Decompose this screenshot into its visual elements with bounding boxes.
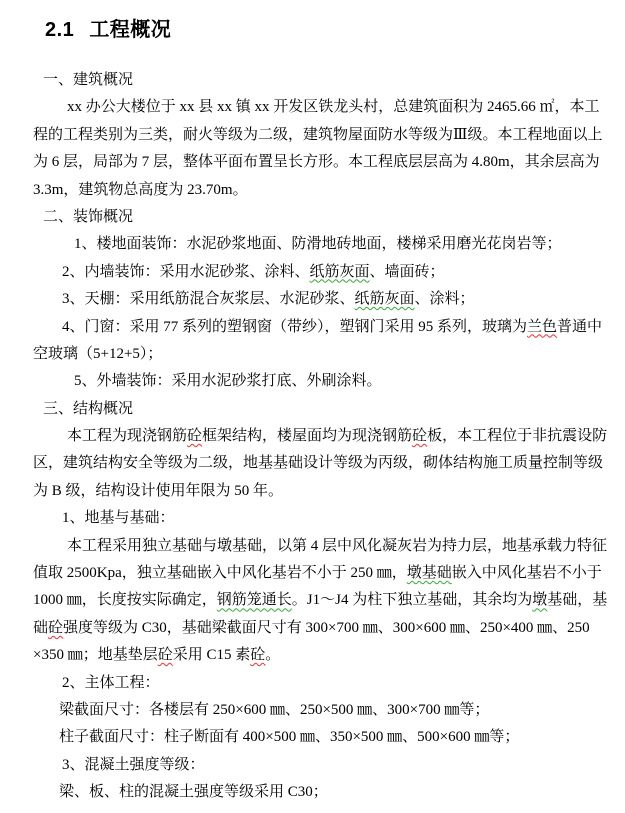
text-segment: 础 [33,620,48,636]
page-title: 2.1工程概况 [45,16,625,44]
text-segment: 一、建筑概况 [43,72,133,88]
text-segment: 。J1～J4 为柱下独立基础，其余均为 [292,592,532,608]
text-line: 程的工程类别为三类，耐火等级为二级，建筑物屋面防水等级为Ⅲ级。本工程地面以上 [33,122,597,149]
text-line: 一、建筑概况 [33,67,597,94]
text-segment: 三、结构概况 [43,401,133,417]
text-segment: 本工程为现浇钢筋 [67,428,187,444]
text-segment: 嵌入中风化基岩不小于 [452,565,602,581]
text-line: 值取 2500Kpa，独立基础嵌入中风化基岩不小于 250 ㎜，墩基础嵌入中风化… [33,560,597,587]
text-segment: 梁、板、柱的混凝土强度等级采用 C30； [59,784,328,800]
misspelled-word: 砼 [187,428,202,444]
text-segment: 5、外墙装饰：采用水泥砂浆打底、外刷涂料。 [74,373,382,389]
text-line: 4、门窗：采用 77 系列的塑钢窗（带纱），塑钢门采用 95 系列，玻璃为兰色普… [33,314,597,341]
text-segment: 板，本工程位于非抗震设防 [427,428,607,444]
misspelled-word: 砼 [250,647,265,663]
text-line: 5、外墙装饰：采用水泥砂浆打底、外刷涂料。 [33,368,597,395]
text-line: 1000 ㎜，长度按实际确定，钢筋笼通长。J1～J4 为柱下独立基础，其余均为墩… [33,587,597,614]
text-segment: 3、混凝土强度等级： [62,757,205,773]
grammar-flagged-word: 纸筋灰面 [355,291,415,307]
text-segment: 空玻璃（5+12+5）； [33,346,162,362]
text-segment: 柱子截面尺寸：柱子断面有 400×500 ㎜、350×500 ㎜、500×600… [59,729,519,745]
text-line: 3.3m，建筑物总高度为 23.70m。 [33,177,597,204]
document-body: 一、建筑概况xx 办公大楼位于 xx 县 xx 镇 xx 开发区铁龙头村，总建筑… [33,67,597,807]
text-segment: 程的工程类别为三类，耐火等级为二级，建筑物屋面防水等级为Ⅲ级。本工程地面以上 [33,127,602,143]
text-segment: 采用 C15 素 [173,647,251,663]
text-segment: 为 6 层，局部为 7 层，整体平面布置呈长方形。本工程底层层高为 4.80m，… [33,154,600,170]
text-segment: 、墙面砖； [370,264,445,280]
text-segment: ×350 ㎜；地基垫层 [33,647,158,663]
grammar-flagged-word: 墩 [532,592,547,608]
text-segment: 4、门窗：采用 77 系列的塑钢窗（带纱），塑钢门采用 95 系列，玻璃为 [62,319,527,335]
text-segment: 区，建筑结构安全等级为二级，地基基础设计等级为丙级，砌体结构施工质量控制等级 [33,455,603,471]
text-line: 二、装饰概况 [33,204,597,231]
document-page: 2.1工程概况 一、建筑概况xx 办公大楼位于 xx 县 xx 镇 xx 开发区… [0,0,625,813]
text-segment: 本工程采用独立基础与墩基础，以第 4 层中风化凝灰岩为持力层，地基承载力特征 [67,538,607,554]
misspelled-word: 兰色 [527,319,557,335]
text-segment: 2、主体工程： [62,675,160,691]
text-segment: 1、楼地面装饰：水泥砂浆地面、防滑地砖地面，楼梯采用磨光花岗岩等； [74,236,562,252]
text-segment: xx 办公大楼位于 xx 县 xx 镇 xx 开发区铁龙头村，总建筑面积为 24… [67,99,600,115]
text-segment: 1000 ㎜，长度按实际确定， [33,592,217,608]
text-line: 三、结构概况 [33,396,597,423]
text-line: ×350 ㎜；地基垫层砼采用 C15 素砼。 [33,642,597,669]
text-segment: 。 [265,647,280,663]
grammar-flagged-word: 钢筋笼通长 [217,592,292,608]
text-line: 空玻璃（5+12+5）； [33,341,597,368]
text-line: 梁截面尺寸：各楼层有 250×600 ㎜、250×500 ㎜、300×700 ㎜… [33,697,597,724]
text-segment: 、涂料； [415,291,475,307]
heading-text: 工程概况 [89,19,171,41]
text-segment: 2、内墙装饰：采用水泥砂浆、涂料、 [62,264,310,280]
text-line: 为 B 级，结构设计使用年限为 50 年。 [33,478,597,505]
text-line: 柱子截面尺寸：柱子断面有 400×500 ㎜、350×500 ㎜、500×600… [33,724,597,751]
text-line: 1、楼地面装饰：水泥砂浆地面、防滑地砖地面，楼梯采用磨光花岗岩等； [33,231,597,258]
text-line: 为 6 层，局部为 7 层，整体平面布置呈长方形。本工程底层层高为 4.80m，… [33,149,597,176]
text-line: 础砼强度等级为 C30，基础梁截面尺寸有 300×700 ㎜、300×600 ㎜… [33,615,597,642]
text-line: 2、主体工程： [33,670,597,697]
text-segment: 梁截面尺寸：各楼层有 250×600 ㎜、250×500 ㎜、300×700 ㎜… [59,702,489,718]
text-segment: 框架结构，楼屋面均为现浇钢筋 [202,428,412,444]
text-segment: 3.3m，建筑物总高度为 23.70m。 [33,182,248,198]
text-segment: 为 B 级，结构设计使用年限为 50 年。 [33,483,283,499]
text-segment: 普通中 [557,319,602,335]
text-segment: 二、装饰概况 [43,209,133,225]
text-line: 3、天棚：采用纸筋混合灰浆层、水泥砂浆、纸筋灰面、涂料； [33,286,597,313]
text-segment: 3、天棚：采用纸筋混合灰浆层、水泥砂浆、 [62,291,355,307]
text-segment: 基础，基 [547,592,607,608]
grammar-flagged-word: 墩基础 [407,565,452,581]
text-line: 3、混凝土强度等级： [33,752,597,779]
misspelled-word: 砼 [48,620,63,636]
text-line: 本工程采用独立基础与墩基础，以第 4 层中风化凝灰岩为持力层，地基承载力特征 [33,533,597,560]
grammar-flagged-word: 纸筋灰面 [310,264,370,280]
misspelled-word: 砼 [158,647,173,663]
text-line: xx 办公大楼位于 xx 县 xx 镇 xx 开发区铁龙头村，总建筑面积为 24… [33,94,597,121]
text-line: 梁、板、柱的混凝土强度等级采用 C30； [33,779,597,806]
text-line: 1、地基与基础： [33,505,597,532]
text-segment: 1、地基与基础： [62,510,175,526]
text-line: 2、内墙装饰：采用水泥砂浆、涂料、纸筋灰面、墙面砖； [33,259,597,286]
heading-number: 2.1 [45,19,74,41]
text-line: 本工程为现浇钢筋砼框架结构，楼屋面均为现浇钢筋砼板，本工程位于非抗震设防 [33,423,597,450]
text-segment: 值取 2500Kpa，独立基础嵌入中风化基岩不小于 250 ㎜， [33,565,407,581]
misspelled-word: 砼 [412,428,427,444]
text-line: 区，建筑结构安全等级为二级，地基基础设计等级为丙级，砌体结构施工质量控制等级 [33,450,597,477]
text-segment: 强度等级为 C30，基础梁截面尺寸有 300×700 ㎜、300×600 ㎜、2… [63,620,590,636]
